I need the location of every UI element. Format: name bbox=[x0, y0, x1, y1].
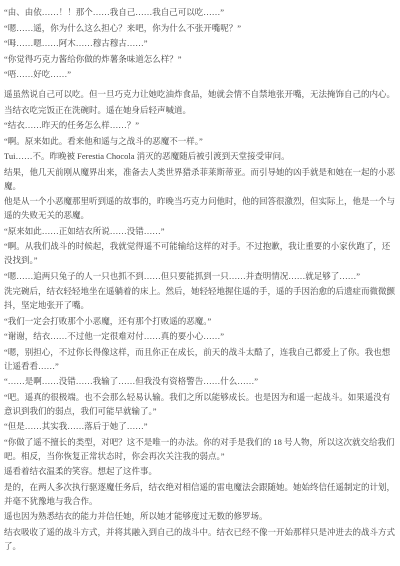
dialogue-line: “结衣……昨天的任务怎么样……？” bbox=[4, 118, 396, 132]
narration-line: 遥看着结衣温柔的笑容。想起了这件事。 bbox=[4, 464, 396, 478]
dialogue-line: “由、由依……！！那个……我自己……我自己可以吃……” bbox=[4, 5, 396, 19]
narration-line: 是的，在两人多次执行驱逐魔任务后，结衣绝对相信遥的雷电魔法会跟随她。她始终信任遥… bbox=[4, 480, 396, 508]
dialogue-line: “唔……好吃……” bbox=[4, 67, 396, 81]
narration-line: 结衣吸收了遥的战斗方式，并将其融入到自己的战斗中。结衣已经不像一开始那样只是冲进… bbox=[4, 525, 396, 553]
dialogue-line: “……是啊……没错……我输了……但我没有资格警告……什么……” bbox=[4, 374, 396, 388]
narration-line: 结果，他几天前刚从魔界出来，准备去人类世界猎杀菲莱斯蒂亚。而引导她的凶手就是和她… bbox=[4, 165, 396, 193]
dialogue-line: “啊。从我们战斗的时候起，我就觉得遥不可能输给这样的对手。不过抱歉，我让重要的小… bbox=[4, 239, 396, 267]
dialogue-line: “但是……其实我……落后于她了……” bbox=[4, 419, 396, 433]
narration-line: 他是从一个小恶魔那里听到遥的故事的，昨晚当巧克力问他时，他的回答很激烈，但实际上… bbox=[4, 194, 396, 222]
narration-line: Tui……不。昨晚被 Ferestia Chocola 消灭的恶魔随后被引渡到天… bbox=[4, 149, 396, 163]
dialogue-line: “我们一定会打败那个小恶魔，还有那个打败遥的恶魔。” bbox=[4, 314, 396, 328]
dialogue-line: “嗯……追两只兔子的人一只也抓不到……但只要能抓到一只……并查明情况……就足够了… bbox=[4, 269, 396, 283]
narration-line: 遥也因为熟悉结衣的能力并信任她，所以她才能够度过无数的修罗场。 bbox=[4, 509, 396, 523]
dialogue-line: “嗯……遥，你为什么这么担心？来吧，你为什么不张开嘴呢？” bbox=[4, 21, 396, 35]
dialogue-line: “嗯，别担心，不过你长得像这样，而且你正在成长，前天的战斗太酷了，连我自己都爱上… bbox=[4, 345, 396, 373]
dialogue-line: “啊。原来如此。看来他和遥与之战斗的恶魔不一样。” bbox=[4, 134, 396, 148]
dialogue-line: “呣……嗯……阿木……穆古穆古……” bbox=[4, 36, 396, 50]
dialogue-line: “你觉得巧克力酱给你做的炸薯条味道怎么样？” bbox=[4, 52, 396, 66]
dialogue-line: “吧。遥真的很极端。也不会那么轻易认输。我们之所以能够成长。也是因为和遥一起战斗… bbox=[4, 390, 396, 418]
narration-line: 当结衣吃完饭正在洗碗时。遥在她身后轻声喊道。 bbox=[4, 103, 396, 117]
narration-line: 遥虽然说自己可以吃。但一旦巧克力让她吃油炸食品，她就会情不自禁地张开嘴，无法掩饰… bbox=[4, 87, 396, 101]
narration-line: 洗完碗后，结衣轻轻地坐在遥躺着的床上。然后，她轻轻地握住遥的手，遥的手因治愈的后… bbox=[4, 284, 396, 312]
dialogue-line: “你做了遥不擅长的类型，对吧？这不是唯一的办法。你的对手是我们的 18 号人物，… bbox=[4, 435, 396, 463]
novel-text-page[interactable]: “由、由依……！！那个……我自己……我自己可以吃……” “嗯……遥，你为什么这么… bbox=[0, 0, 400, 566]
dialogue-line: “原来如此……正如结衣所说……没错……” bbox=[4, 224, 396, 238]
dialogue-line: “谢谢，结衣……不过他一定很难对付……真的要小心……” bbox=[4, 329, 396, 343]
